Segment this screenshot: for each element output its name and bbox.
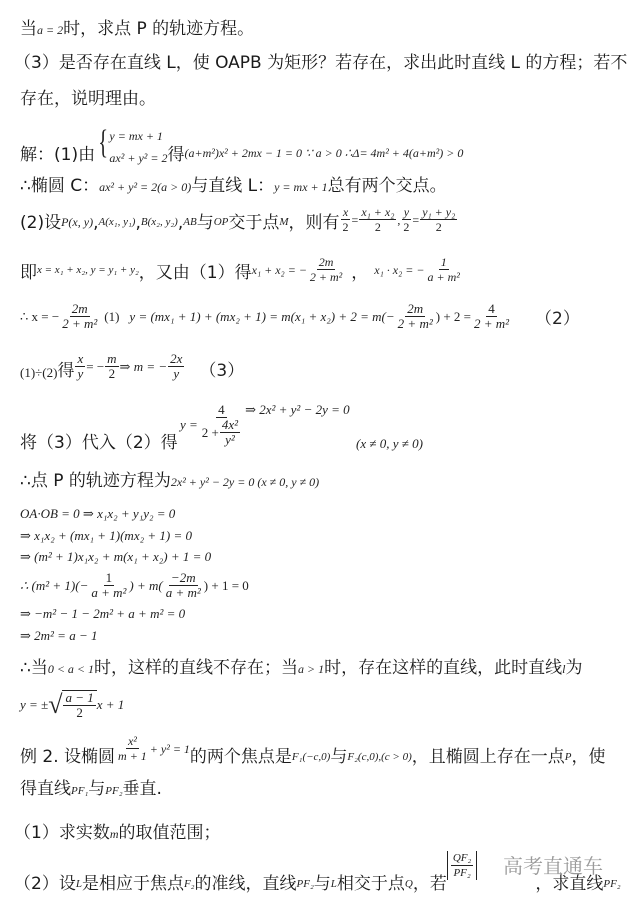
math-inline: y = ± xyxy=(20,697,48,713)
locus-conclusion: ∴点 P 的轨迹方程为2x² + y² − 2y = 0 (x ≠ 0, y ≠… xyxy=(20,470,319,493)
math-inline: y = (mx₁ + 1) + (mx₂ + 1) = m(x₁ + x₂) +… xyxy=(129,309,394,325)
substitution-formula: y = 4 2 + 4x²y² ⇒ 2x² + y² − 2y = 0 xyxy=(180,403,350,447)
text-line-7: 即 x = x₁ + x₂, y = y₁ + y₂ ，又由（1）得 x₁ + … xyxy=(20,255,463,284)
system-row: y = mx + 1 xyxy=(109,125,167,147)
question-3: （3）是否存在直线 L，使 OAPB 为矩形？若存在，求出此时直线 L 的方程；… xyxy=(14,52,627,74)
abs-ratio: QF₂PF₂ xyxy=(447,851,478,880)
derivation-step-4: ∴ (m² + 1)(− 1a + m² ) + m( −2ma + m² ) … xyxy=(20,571,249,600)
math-inline: F₂(c,0),(c > 0) xyxy=(347,746,411,768)
denominator: 2 xyxy=(434,220,444,234)
example-2-line-2: 得直线PF₁与PF₂垂直. xyxy=(20,778,162,802)
text: 得直线 xyxy=(20,779,71,799)
math-inline: 2x² + y² − 2y = 0 (x ≠ 0, y ≠ 0) xyxy=(171,475,319,489)
text: 总有两个交点。 xyxy=(328,176,447,196)
numerator: a − 1 xyxy=(63,691,95,706)
denominator: a + m² xyxy=(164,586,203,600)
text: 得 xyxy=(57,356,74,381)
math-inline: PF₂ xyxy=(105,785,122,797)
numerator: y₁ + y₂ xyxy=(420,205,457,220)
math-inline: x + 1 xyxy=(97,697,125,713)
math-inline: Q xyxy=(405,873,413,895)
math-inline: = − xyxy=(86,359,104,375)
math-inline: ⇒ (m² + 1)x₁x₂ + m(x₁ + x₂) + 1 = 0 xyxy=(20,549,211,564)
text: 与 xyxy=(330,746,347,768)
denominator: 2 xyxy=(401,220,411,234)
text: 与 xyxy=(197,212,214,234)
text: 时，求点 P 的轨迹方程。 xyxy=(63,19,254,39)
math-inline: x₁ + x₂ = − xyxy=(252,259,307,281)
numerator: x² xyxy=(126,734,139,749)
numerator: m xyxy=(105,352,118,367)
math-inline: (a+m²)x² + 2mx − 1 = 0 ∵ a > 0 ∴Δ= 4m² +… xyxy=(184,142,463,164)
math-inline: ⇒ 2m² = a − 1 xyxy=(20,628,97,643)
derivation-step: OA·OB = 0 ⇒ x₁x₂ + y₁y₂ = 0 xyxy=(20,503,211,525)
denominator: y xyxy=(171,367,181,381)
denominator: m + 1 xyxy=(116,749,149,763)
numerator: 2m xyxy=(70,302,90,317)
equation-tag: （2） xyxy=(535,304,580,329)
sqrt-icon: √ a − 12 xyxy=(48,690,97,720)
text: ，若 xyxy=(413,873,447,895)
equation-tag: (1) xyxy=(104,309,119,325)
math-inline: PF₂ xyxy=(297,873,314,895)
equation-tag: （3） xyxy=(199,356,244,381)
system-row: ax² + y² = 2 xyxy=(109,147,167,169)
equation-line-9: (1)÷(2) 得 xy = − m2 ⇒ m = − 2xy （3） xyxy=(20,352,244,381)
text: 时，这样的直线不存在；当 xyxy=(94,658,298,678)
text: 的两个焦点是 xyxy=(190,746,292,768)
text: ，则有 xyxy=(289,212,340,234)
numerator: 4 xyxy=(216,403,227,418)
math-inline: (x ≠ 0, y ≠ 0) xyxy=(356,436,423,451)
math-inline: ) + 2 = xyxy=(436,309,471,325)
math-inline: ⇒ x₁x₂ + (mx₁ + 1)(mx₂ + 1) = 0 xyxy=(20,528,192,543)
math-inline: F₂ xyxy=(184,873,195,895)
text: 交于点 xyxy=(228,212,279,234)
derivation-step: ⇒ (m² + 1)x₁x₂ + m(x₁ + x₂) + 1 = 0 xyxy=(20,546,211,568)
equation-line-8: ∴ x = − 2m2 + m² (1) y = (mx₁ + 1) + (mx… xyxy=(20,302,640,331)
text: ∴椭圆 C： xyxy=(20,176,99,196)
math-inline: ⇒ 2x² + y² − 2y = 0 xyxy=(245,402,350,418)
numerator: 4 xyxy=(486,302,497,317)
math-inline: 2 + xyxy=(202,426,219,440)
math-inline: ⇒ −m² − 1 − 2m² + a + m² = 0 xyxy=(20,606,185,621)
numerator: QF₂ xyxy=(451,851,474,866)
math-inline: a = 2 xyxy=(37,23,63,37)
condition: (x ≠ 0, y ≠ 0) xyxy=(356,436,423,452)
text: 为 xyxy=(565,658,582,678)
vieta-product: x₁ · x₂ = − 1a + m² xyxy=(374,255,463,284)
solution-part-2: (2)设 P(x, y), A(x₁, y₁), B(x₂, y₂), AB 与… xyxy=(20,205,458,234)
midpoint-formula: x2=x₁ + x₂2,y2=y₁ + y₂2 xyxy=(340,205,459,234)
numerator: 1 xyxy=(439,255,449,270)
math-inline: ∴ x = − xyxy=(20,309,59,325)
text: 垂直. xyxy=(123,779,162,799)
text-line-1: 当a = 2时，求点 P 的轨迹方程。 xyxy=(20,18,254,41)
text: 与 xyxy=(314,873,331,895)
numerator: x xyxy=(75,352,85,367)
brace-icon: { xyxy=(98,125,108,169)
text: 得 xyxy=(167,144,184,166)
substitution-label: 将（3）代入（2）得 xyxy=(20,432,178,454)
equation-system: { y = mx + 1 ax² + y² = 2 xyxy=(95,125,167,169)
math-inline: + y² = 1 xyxy=(150,738,190,760)
math-inline: ) + m( xyxy=(129,578,162,594)
text: 当 xyxy=(20,19,37,39)
line-equation: y = ± √ a − 12 x + 1 xyxy=(20,690,124,720)
denominator: 2 xyxy=(74,706,85,720)
solution-part-1: 解：(1)由 { y = mx + 1 ax² + y² = 2 得 (a+m²… xyxy=(20,122,463,172)
text: (2)设 xyxy=(20,212,61,234)
denominator: 2 + m² xyxy=(308,270,344,284)
numerator: y xyxy=(402,205,411,220)
math-inline: M xyxy=(279,211,288,233)
numerator: −2m xyxy=(169,571,198,586)
math-inline: ) + 1 = 0 xyxy=(204,578,249,594)
text-line-3: 存在，说明理由。 xyxy=(20,88,156,110)
math-inline: PF₁ xyxy=(71,785,88,797)
text: 即 xyxy=(20,262,37,284)
math-inline: (1)÷(2) xyxy=(20,365,57,381)
math-inline: A(x₁, y₁) xyxy=(98,211,135,233)
comma: ， xyxy=(351,262,368,284)
numerator: x xyxy=(341,205,350,220)
math-inline: AB xyxy=(183,211,196,233)
math-inline: OP xyxy=(214,211,229,233)
math-inline: B(x₂, y₂) xyxy=(141,211,178,233)
derivation-block: OA·OB = 0 ⇒ x₁x₂ + y₁y₂ = 0 ⇒ x₁x₂ + (mx… xyxy=(20,503,211,568)
math-inline: a > 1 xyxy=(298,662,324,676)
math-inline: ∴ (m² + 1)(− xyxy=(20,578,88,594)
derivation-step: ⇒ x₁x₂ + (mx₁ + 1)(mx₂ + 1) = 0 xyxy=(20,525,211,547)
text: （1）求实数 xyxy=(14,823,110,843)
math-inline: OA·OB = 0 ⇒ x₁x₂ + y₁y₂ = 0 xyxy=(20,506,175,521)
numerator: 1 xyxy=(104,571,115,586)
text-line-5: ∴椭圆 C：ax² + y² = 2(a > 0)与直线 L：y = mx + … xyxy=(20,175,447,198)
text: ∴点 P 的轨迹方程为 xyxy=(20,471,171,491)
conclusion-line: ∴当0 < a < 1时，这样的直线不存在；当a > 1时，存在这样的直线，此时… xyxy=(20,657,582,680)
text: ，又由（1）得 xyxy=(139,262,252,284)
ratio-formula: xy = − m2 ⇒ m = − 2xy xyxy=(74,352,185,381)
math-inline: y = xyxy=(180,417,198,433)
numerator: 4x² xyxy=(220,418,240,433)
example-2-heading: 例 2. 设椭圆 x²m + 1 + y² = 1 的两个焦点是 F₁(−c,0… xyxy=(20,744,605,768)
text: 与 xyxy=(88,779,105,799)
text: 解：(1)由 xyxy=(20,144,95,166)
math-inline: x = x₁ + x₂, y = y₁ + y₂ xyxy=(37,259,139,281)
numerator: x₁ + x₂ xyxy=(359,205,396,220)
denominator: 2 xyxy=(107,367,118,381)
watermark: 高考直通车 xyxy=(503,850,603,879)
derivation-block-2: ⇒ −m² − 1 − 2m² + a + m² = 0 ⇒ 2m² = a −… xyxy=(20,603,185,646)
text: 的取值范围； xyxy=(119,823,221,843)
math-inline: ax² + y² = 2(a > 0) xyxy=(99,180,191,194)
text: 的准线，直线 xyxy=(195,873,297,895)
question-1: （1）求实数m的取值范围； xyxy=(14,822,221,845)
text: 是相应于焦点 xyxy=(82,873,184,895)
denominator: 2 + 4x²y² xyxy=(200,418,243,447)
denominator: 2 + m² xyxy=(60,317,99,331)
math-inline: P(x, y) xyxy=(61,211,93,233)
numerator: 2x xyxy=(168,352,184,367)
text: ∴当 xyxy=(20,658,48,678)
derivation-step: ⇒ 2m² = a − 1 xyxy=(20,625,185,647)
math-inline: y = mx + 1 xyxy=(274,180,328,194)
text: ，使 xyxy=(571,746,605,768)
numerator: 2m xyxy=(405,302,425,317)
ellipse-equation: x²m + 1 + y² = 1 xyxy=(115,734,190,763)
denominator: a + m² xyxy=(89,586,128,600)
text: 与直线 L： xyxy=(191,176,274,196)
denominator: 2 xyxy=(373,220,383,234)
math-inline: m xyxy=(110,827,119,841)
numerator: 2m xyxy=(317,255,336,270)
text: 时，存在这样的直线，此时直线 xyxy=(324,658,562,678)
derivation-step: ⇒ −m² − 1 − 2m² + a + m² = 0 xyxy=(20,603,185,625)
math-inline: ⇒ m = − xyxy=(120,359,168,375)
text: 例 2. 设椭圆 xyxy=(20,746,115,768)
denominator: y² xyxy=(223,433,237,447)
text: 相交于点 xyxy=(337,873,405,895)
math-inline: PF₂ xyxy=(603,873,620,895)
denominator: a + m² xyxy=(426,270,462,284)
math-inline: x₁ · x₂ = − xyxy=(374,259,424,281)
text: （2）设 xyxy=(14,873,76,895)
denominator: PF₂ xyxy=(451,866,472,880)
denominator: 2 xyxy=(341,220,351,234)
math-inline: P xyxy=(565,746,572,768)
denominator: 2 + m² xyxy=(472,317,511,331)
math-inline: 0 < a < 1 xyxy=(48,662,94,676)
vieta-sum: x₁ + x₂ = − 2m2 + m² xyxy=(252,255,346,284)
math-inline: F₁(−c,0) xyxy=(292,746,330,768)
denominator: y xyxy=(75,367,85,381)
text: ，且椭圆上存在一点 xyxy=(412,746,565,768)
denominator: 2 + m² xyxy=(396,317,435,331)
